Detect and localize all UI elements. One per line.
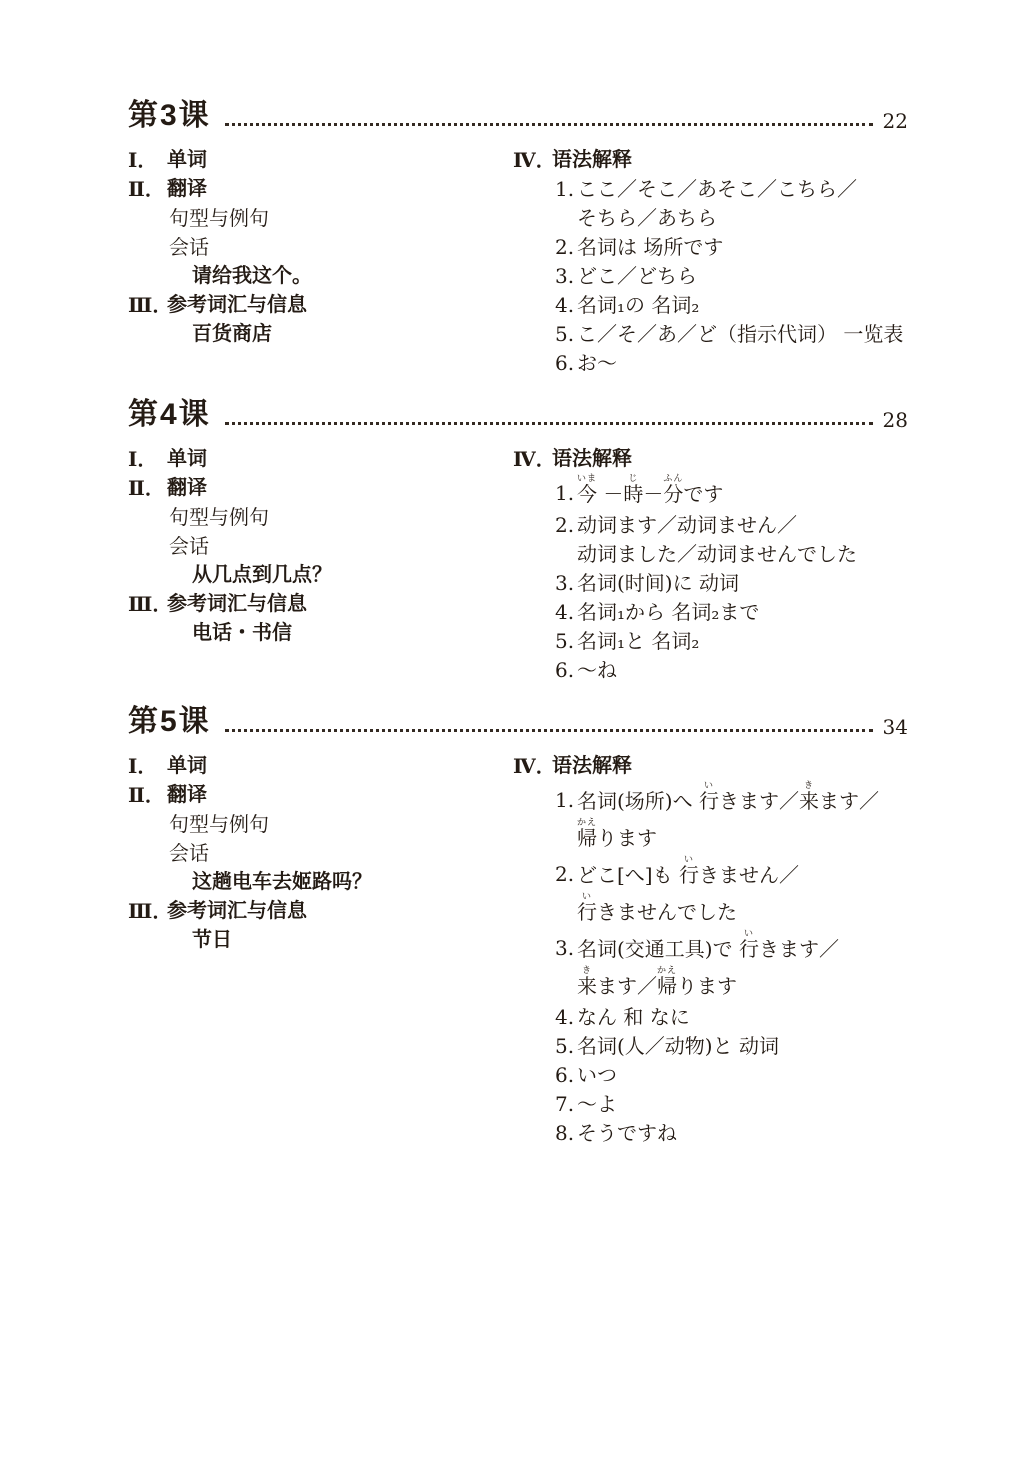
roman-numeral: Ⅲ．	[128, 590, 167, 619]
lesson-header: 第5课34	[128, 703, 908, 740]
toc-section-item: Ⅰ．单词	[128, 445, 513, 474]
roman-numeral: Ⅳ．	[513, 752, 552, 781]
grammar-line: 名词(时间)に 动词	[577, 569, 908, 598]
grammar-item-number: 1.	[555, 474, 577, 511]
grammar-line: 名词(交通工具)で 行いきます／	[577, 929, 908, 966]
dotted-leader	[225, 123, 873, 126]
grammar-section-label: 语法解释	[552, 146, 632, 175]
grammar-item-text: 名词(时间)に 动词	[577, 569, 908, 598]
roman-numeral: Ⅱ．	[128, 474, 167, 503]
furigana-annotation: 今いま	[577, 482, 597, 506]
toc-sub-item: 会话	[169, 532, 513, 561]
toc-left-column: Ⅰ．单词Ⅱ．翻译句型与例句会话从几点到几点？Ⅲ．参考词汇与信息电话・书信	[128, 445, 513, 685]
grammar-item-text: 名词₁と 名词₂	[577, 627, 908, 656]
grammar-item: 6.～ね	[555, 656, 908, 685]
grammar-line: 名词₁から 名词₂まで	[577, 598, 908, 627]
roman-numeral: Ⅱ．	[128, 175, 167, 204]
dotted-leader	[225, 729, 873, 732]
lesson-body: Ⅰ．单词Ⅱ．翻译句型与例句会话请给我这个。Ⅲ．参考词汇与信息百货商店Ⅳ．语法解释…	[128, 146, 908, 378]
furigana-annotation: 行い	[699, 789, 719, 813]
grammar-item-number: 2.	[555, 855, 577, 929]
roman-numeral: Ⅰ．	[128, 146, 167, 175]
grammar-item-number: 5.	[555, 320, 577, 349]
grammar-section-header: Ⅳ．语法解释	[513, 752, 908, 781]
grammar-column: Ⅳ．语法解释1.今いま －時じ－分ふんです2.动词ます／动词ません／动词ました／…	[513, 445, 908, 685]
grammar-item-text: 名词(场所)へ 行いきます／来きます／帰かえります	[577, 781, 908, 855]
grammar-line: 名词(场所)へ 行いきます／来きます／	[577, 781, 908, 818]
lesson-page-number: 28	[883, 409, 908, 433]
grammar-line: 名词₁と 名词₂	[577, 627, 908, 656]
furigana-annotation: 行い	[739, 937, 759, 961]
grammar-item: 5.こ／そ／あ／ど（指示代词） 一览表	[555, 320, 908, 349]
toc-highlight-item: 节日	[192, 926, 513, 955]
toc-section-label: 单词	[167, 752, 207, 781]
lesson-header: 第3课22	[128, 97, 908, 134]
furigana-annotation: 来き	[577, 974, 597, 998]
grammar-line: いつ	[577, 1061, 908, 1090]
grammar-line: こ／そ／あ／ど（指示代词） 一览表	[577, 320, 908, 349]
grammar-item-text: 名词₁から 名词₂まで	[577, 598, 908, 627]
grammar-line: ～よ	[577, 1090, 908, 1119]
grammar-item-text: 今いま －時じ－分ふんです	[577, 474, 908, 511]
grammar-line: 来きます／帰かえります	[577, 966, 908, 1003]
roman-numeral: Ⅳ．	[513, 445, 552, 474]
grammar-item: 8.そうですね	[555, 1119, 908, 1148]
grammar-item-number: 8.	[555, 1119, 577, 1148]
roman-numeral: Ⅲ．	[128, 291, 167, 320]
lesson-block: 第3课22Ⅰ．单词Ⅱ．翻译句型与例句会话请给我这个。Ⅲ．参考词汇与信息百货商店Ⅳ…	[128, 97, 908, 378]
toc-section-label: 单词	[167, 445, 207, 474]
grammar-item-number: 4.	[555, 291, 577, 320]
grammar-item: 5.名词₁と 名词₂	[555, 627, 908, 656]
grammar-line: どこ[へ]も 行いきません／	[577, 855, 908, 892]
grammar-line: 动词ます／动词ません／	[577, 511, 908, 540]
furigana-annotation: 行い	[577, 900, 597, 924]
grammar-item: 2.どこ[へ]も 行いきません／行いきませんでした	[555, 855, 908, 929]
toc-section-item: Ⅰ．单词	[128, 146, 513, 175]
grammar-line: 今いま －時じ－分ふんです	[577, 474, 908, 511]
grammar-item-number: 2.	[555, 233, 577, 262]
grammar-item: 7.～よ	[555, 1090, 908, 1119]
grammar-item-number: 3.	[555, 929, 577, 1003]
roman-numeral: Ⅳ．	[513, 146, 552, 175]
toc-section-item: Ⅲ．参考词汇与信息	[128, 291, 513, 320]
grammar-item-number: 1.	[555, 175, 577, 233]
grammar-item-number: 1.	[555, 781, 577, 855]
dotted-leader	[225, 422, 873, 425]
toc-sub-item: 句型与例句	[169, 810, 513, 839]
toc-highlight-item: 百货商店	[192, 320, 513, 349]
grammar-item-text: どこ／どちら	[577, 262, 908, 291]
grammar-item-text: 名词(人／动物)と 动词	[577, 1032, 908, 1061]
toc-section-label: 翻译	[167, 781, 207, 810]
toc-section-item: Ⅲ．参考词汇与信息	[128, 590, 513, 619]
toc-section-label: 单词	[167, 146, 207, 175]
lesson-body: Ⅰ．单词Ⅱ．翻译句型与例句会话从几点到几点？Ⅲ．参考词汇与信息电话・书信Ⅳ．语法…	[128, 445, 908, 685]
grammar-item: 6.いつ	[555, 1061, 908, 1090]
toc-section-item: Ⅱ．翻译	[128, 781, 513, 810]
lesson-page-number: 22	[883, 110, 908, 134]
grammar-item-text: どこ[へ]も 行いきません／行いきませんでした	[577, 855, 908, 929]
roman-numeral: Ⅰ．	[128, 752, 167, 781]
toc-sub-item: 会话	[169, 233, 513, 262]
grammar-item-text: なん 和 なに	[577, 1003, 908, 1032]
grammar-line: 行いきませんでした	[577, 892, 908, 929]
grammar-item-text: お～	[577, 349, 908, 378]
toc-section-item: Ⅱ．翻译	[128, 474, 513, 503]
grammar-item: 4.名词₁の 名词₂	[555, 291, 908, 320]
grammar-line: そちら／あちら	[577, 204, 908, 233]
roman-numeral: Ⅰ．	[128, 445, 167, 474]
toc-highlight-item: 从几点到几点？	[192, 561, 513, 590]
grammar-line: ここ／そこ／あそこ／こちら／	[577, 175, 908, 204]
grammar-item-number: 4.	[555, 1003, 577, 1032]
grammar-item: 3.名词(交通工具)で 行いきます／来きます／帰かえります	[555, 929, 908, 1003]
toc-page: 第3课22Ⅰ．单词Ⅱ．翻译句型与例句会话请给我这个。Ⅲ．参考词汇与信息百货商店Ⅳ…	[0, 0, 1032, 1148]
grammar-item: 1.今いま －時じ－分ふんです	[555, 474, 908, 511]
toc-highlight-item: 电话・书信	[192, 619, 513, 648]
grammar-item-text: 名词₁の 名词₂	[577, 291, 908, 320]
toc-section-label: 参考词汇与信息	[167, 590, 307, 619]
grammar-item-number: 2.	[555, 511, 577, 569]
grammar-item-text: そうですね	[577, 1119, 908, 1148]
toc-left-column: Ⅰ．单词Ⅱ．翻译句型与例句会话这趟电车去姬路吗？Ⅲ．参考词汇与信息节日	[128, 752, 513, 1148]
toc-section-item: Ⅰ．单词	[128, 752, 513, 781]
toc-sub-item: 句型与例句	[169, 204, 513, 233]
grammar-line: ～ね	[577, 656, 908, 685]
lessons-container: 第3课22Ⅰ．单词Ⅱ．翻译句型与例句会话请给我这个。Ⅲ．参考词汇与信息百货商店Ⅳ…	[128, 97, 908, 1148]
grammar-item-text: ここ／そこ／あそこ／こちら／そちら／あちら	[577, 175, 908, 233]
grammar-item: 4.なん 和 なに	[555, 1003, 908, 1032]
grammar-item: 5.名词(人／动物)と 动词	[555, 1032, 908, 1061]
grammar-line: 名词₁の 名词₂	[577, 291, 908, 320]
grammar-line: お～	[577, 349, 908, 378]
grammar-section-header: Ⅳ．语法解释	[513, 445, 908, 474]
grammar-item: 3.名词(时间)に 动词	[555, 569, 908, 598]
grammar-item-number: 3.	[555, 262, 577, 291]
grammar-section-label: 语法解释	[552, 752, 632, 781]
grammar-section-label: 语法解释	[552, 445, 632, 474]
grammar-item: 4.名词₁から 名词₂まで	[555, 598, 908, 627]
roman-numeral: Ⅲ．	[128, 897, 167, 926]
lesson-title: 第4课	[128, 389, 211, 433]
furigana-annotation: 時じ	[623, 482, 643, 506]
grammar-item: 6.お～	[555, 349, 908, 378]
lesson-block: 第5课34Ⅰ．单词Ⅱ．翻译句型与例句会话这趟电车去姬路吗？Ⅲ．参考词汇与信息节日…	[128, 703, 908, 1148]
grammar-line: 动词ました／动词ませんでした	[577, 540, 908, 569]
lesson-block: 第4课28Ⅰ．单词Ⅱ．翻译句型与例句会话从几点到几点？Ⅲ．参考词汇与信息电话・书…	[128, 396, 908, 685]
lesson-title: 第5课	[128, 696, 211, 740]
grammar-item: 1.名词(场所)へ 行いきます／来きます／帰かえります	[555, 781, 908, 855]
grammar-line: そうですね	[577, 1119, 908, 1148]
grammar-item: 2.动词ます／动词ません／动词ました／动词ませんでした	[555, 511, 908, 569]
toc-section-item: Ⅱ．翻译	[128, 175, 513, 204]
toc-section-label: 翻译	[167, 175, 207, 204]
grammar-item-text: こ／そ／あ／ど（指示代词） 一览表	[577, 320, 908, 349]
grammar-column: Ⅳ．语法解释1.ここ／そこ／あそこ／こちら／そちら／あちら2.名词は 场所です3…	[513, 146, 908, 378]
grammar-item-number: 5.	[555, 627, 577, 656]
grammar-item-number: 4.	[555, 598, 577, 627]
grammar-item-number: 6.	[555, 1061, 577, 1090]
grammar-item-text: ～ね	[577, 656, 908, 685]
toc-section-label: 参考词汇与信息	[167, 291, 307, 320]
grammar-item-text: ～よ	[577, 1090, 908, 1119]
grammar-item-text: 动词ます／动词ません／动词ました／动词ませんでした	[577, 511, 908, 569]
grammar-line: 名词は 场所です	[577, 233, 908, 262]
furigana-annotation: 帰かえ	[657, 974, 677, 998]
grammar-item-text: 名词は 场所です	[577, 233, 908, 262]
furigana-annotation: 来き	[799, 789, 819, 813]
grammar-line: 帰かえります	[577, 818, 908, 855]
toc-section-label: 翻译	[167, 474, 207, 503]
grammar-line: なん 和 なに	[577, 1003, 908, 1032]
grammar-item-text: いつ	[577, 1061, 908, 1090]
grammar-item-number: 3.	[555, 569, 577, 598]
furigana-annotation: 帰かえ	[577, 826, 597, 850]
grammar-item: 1.ここ／そこ／あそこ／こちら／そちら／あちら	[555, 175, 908, 233]
grammar-item-text: 名词(交通工具)で 行いきます／来きます／帰かえります	[577, 929, 908, 1003]
toc-left-column: Ⅰ．单词Ⅱ．翻译句型与例句会话请给我这个。Ⅲ．参考词汇与信息百货商店	[128, 146, 513, 378]
lesson-body: Ⅰ．单词Ⅱ．翻译句型与例句会话这趟电车去姬路吗？Ⅲ．参考词汇与信息节日Ⅳ．语法解…	[128, 752, 908, 1148]
lesson-header: 第4课28	[128, 396, 908, 433]
lesson-title: 第3课	[128, 90, 211, 134]
grammar-section-header: Ⅳ．语法解释	[513, 146, 908, 175]
lesson-page-number: 34	[883, 716, 908, 740]
grammar-item-number: 5.	[555, 1032, 577, 1061]
grammar-item: 3.どこ／どちら	[555, 262, 908, 291]
toc-sub-item: 会话	[169, 839, 513, 868]
grammar-column: Ⅳ．语法解释1.名词(场所)へ 行いきます／来きます／帰かえります2.どこ[へ]…	[513, 752, 908, 1148]
grammar-item-number: 7.	[555, 1090, 577, 1119]
grammar-line: 名词(人／动物)と 动词	[577, 1032, 908, 1061]
toc-sub-item: 句型与例句	[169, 503, 513, 532]
grammar-line: どこ／どちら	[577, 262, 908, 291]
toc-highlight-item: 这趟电车去姬路吗？	[192, 868, 513, 897]
toc-section-label: 参考词汇与信息	[167, 897, 307, 926]
grammar-item-number: 6.	[555, 349, 577, 378]
grammar-item: 2.名词は 场所です	[555, 233, 908, 262]
toc-highlight-item: 请给我这个。	[192, 262, 513, 291]
grammar-item-number: 6.	[555, 656, 577, 685]
furigana-annotation: 分ふん	[663, 482, 683, 506]
roman-numeral: Ⅱ．	[128, 781, 167, 810]
toc-section-item: Ⅲ．参考词汇与信息	[128, 897, 513, 926]
furigana-annotation: 行い	[679, 863, 699, 887]
